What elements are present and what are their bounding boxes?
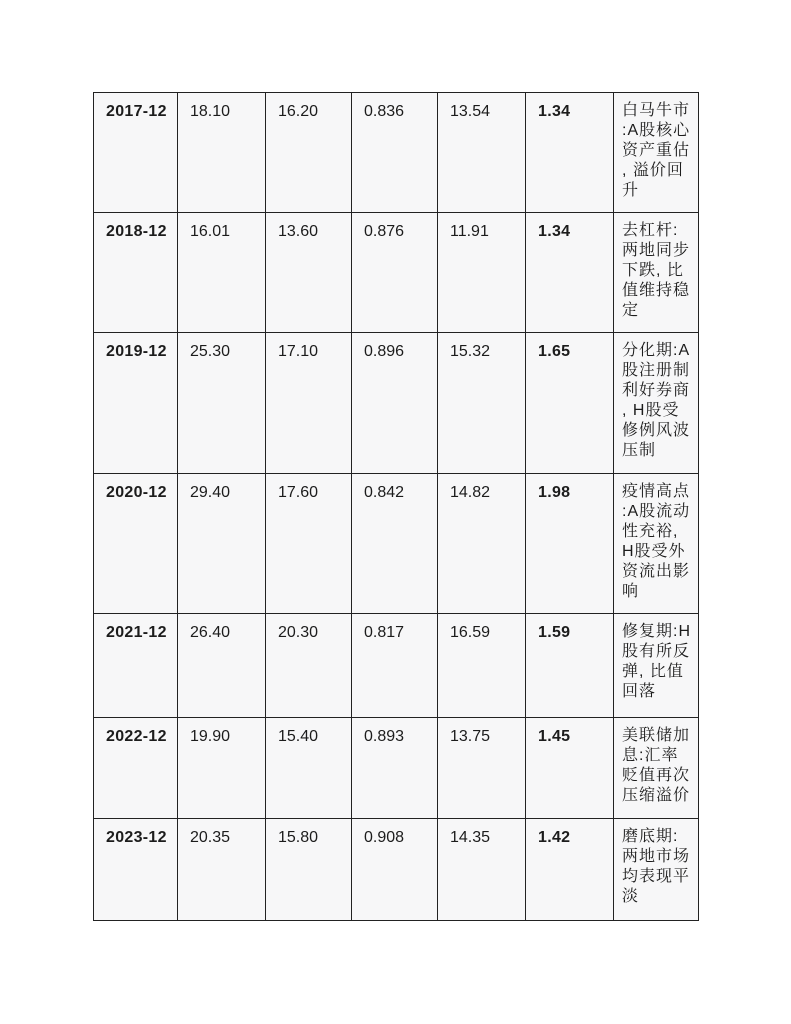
date-cell: 2023-12 (94, 819, 178, 921)
table-row: 2023-1220.3515.800.90814.351.42磨底期:两地市场均… (94, 819, 699, 921)
table-row: 2020-1229.4017.600.84214.821.98疫情高点:A股流动… (94, 474, 699, 614)
ratio-cell: 1.34 (526, 93, 614, 213)
value-cell: 15.40 (266, 718, 352, 819)
date-cell: 2020-12 (94, 474, 178, 614)
note-cell: 去杠杆:两地同步下跌, 比值维持稳定 (614, 213, 699, 333)
note-cell: 磨底期:两地市场均表现平淡 (614, 819, 699, 921)
note-cell: 白马牛市:A股核心资产重估, 溢价回升 (614, 93, 699, 213)
value-cell: 0.893 (352, 718, 438, 819)
value-cell: 0.876 (352, 213, 438, 333)
value-cell: 19.90 (178, 718, 266, 819)
value-cell: 14.82 (438, 474, 526, 614)
table-body: 2017-1218.1016.200.83613.541.34白马牛市:A股核心… (94, 93, 699, 921)
date-cell: 2019-12 (94, 333, 178, 474)
value-cell: 26.40 (178, 614, 266, 718)
value-cell: 17.60 (266, 474, 352, 614)
value-cell: 20.30 (266, 614, 352, 718)
ah-comparison-table: 2017-1218.1016.200.83613.541.34白马牛市:A股核心… (93, 92, 699, 921)
table-row: 2021-1226.4020.300.81716.591.59修复期:H股有所反… (94, 614, 699, 718)
value-cell: 25.30 (178, 333, 266, 474)
value-cell: 13.54 (438, 93, 526, 213)
value-cell: 16.59 (438, 614, 526, 718)
ratio-cell: 1.65 (526, 333, 614, 474)
value-cell: 14.35 (438, 819, 526, 921)
table-row: 2018-1216.0113.600.87611.911.34去杠杆:两地同步下… (94, 213, 699, 333)
value-cell: 18.10 (178, 93, 266, 213)
value-cell: 20.35 (178, 819, 266, 921)
value-cell: 15.32 (438, 333, 526, 474)
value-cell: 0.896 (352, 333, 438, 474)
document-page: 2017-1218.1016.200.83613.541.34白马牛市:A股核心… (0, 0, 791, 1024)
ratio-cell: 1.45 (526, 718, 614, 819)
value-cell: 0.836 (352, 93, 438, 213)
table-row: 2022-1219.9015.400.89313.751.45美联储加息:汇率贬… (94, 718, 699, 819)
value-cell: 17.10 (266, 333, 352, 474)
ratio-cell: 1.59 (526, 614, 614, 718)
note-cell: 美联储加息:汇率贬值再次压缩溢价 (614, 718, 699, 819)
value-cell: 29.40 (178, 474, 266, 614)
date-cell: 2018-12 (94, 213, 178, 333)
ratio-cell: 1.42 (526, 819, 614, 921)
note-cell: 分化期:A股注册制利好券商, H股受修例风波压制 (614, 333, 699, 474)
note-cell: 疫情高点:A股流动性充裕, H股受外资流出影响 (614, 474, 699, 614)
value-cell: 13.75 (438, 718, 526, 819)
value-cell: 16.20 (266, 93, 352, 213)
value-cell: 11.91 (438, 213, 526, 333)
value-cell: 0.842 (352, 474, 438, 614)
note-cell: 修复期:H股有所反弹, 比值回落 (614, 614, 699, 718)
table-row: 2019-1225.3017.100.89615.321.65分化期:A股注册制… (94, 333, 699, 474)
date-cell: 2017-12 (94, 93, 178, 213)
ratio-cell: 1.34 (526, 213, 614, 333)
value-cell: 16.01 (178, 213, 266, 333)
value-cell: 13.60 (266, 213, 352, 333)
date-cell: 2022-12 (94, 718, 178, 819)
value-cell: 0.908 (352, 819, 438, 921)
date-cell: 2021-12 (94, 614, 178, 718)
table-row: 2017-1218.1016.200.83613.541.34白马牛市:A股核心… (94, 93, 699, 213)
ratio-cell: 1.98 (526, 474, 614, 614)
value-cell: 15.80 (266, 819, 352, 921)
value-cell: 0.817 (352, 614, 438, 718)
